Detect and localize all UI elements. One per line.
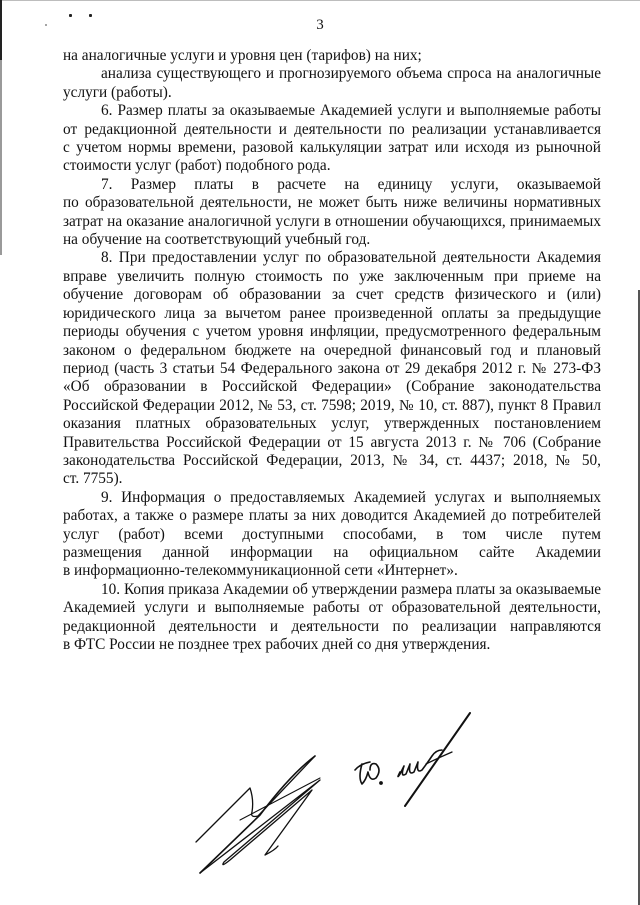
text-line: услуг (работ) всеми доступными способами… [63, 526, 601, 544]
text-line: размещения данной информации на официаль… [63, 544, 601, 562]
text-line: юридического лица за вычетом ранее произ… [63, 305, 601, 323]
text-line: период (часть 3 статьи 54 Федерального з… [63, 360, 601, 378]
document-page: 3 на аналогичные услуги и уровня цен (та… [0, 0, 640, 905]
text-line: периоды обучения с учетом уровня инфляци… [63, 323, 601, 341]
paragraph-item-8: 8. При предоставлении услуг по образоват… [63, 249, 601, 488]
text-line: Академией услуги и выполняемые работы от… [63, 599, 601, 617]
paragraph-item-9: 9. Информация о предоставляемых Академие… [63, 489, 601, 581]
paragraph-item-7: 7. Размер платы в расчете на единицу усл… [63, 176, 601, 250]
text-line: вправе увеличить полную стоимость по уже… [63, 268, 601, 286]
paragraph-continuation-2: анализа существующего и прогнозируемого … [63, 65, 601, 102]
text-line: затрат на оказание аналогичной услуги в … [63, 213, 601, 231]
text-line: «Об образовании в Российской Федерации» … [63, 378, 601, 396]
text-line: законом о федеральном бюджете на очередн… [63, 342, 601, 360]
text-line: 10. Копия приказа Академии об утверждени… [63, 581, 601, 599]
text-line: стоимости услуг (работ) подобного рода. [63, 157, 601, 175]
scan-edge-top [0, 0, 640, 1]
paragraph-item-10: 10. Копия приказа Академии об утверждени… [63, 581, 601, 655]
page-number: 3 [0, 16, 640, 34]
text-line: 6. Размер платы за оказываемые Академией… [63, 102, 601, 120]
handwritten-signature-icon [180, 690, 500, 905]
text-line: на аналогичные услуги и уровня цен (тари… [63, 47, 601, 65]
text-line: Правительства Российской Федерации от 15… [63, 434, 601, 452]
text-line: ст. 7755). [63, 470, 601, 488]
paragraph-item-6: 6. Размер платы за оказываемые Академией… [63, 102, 601, 176]
text-line: на обучение на соответствующий учебный г… [63, 231, 601, 249]
text-line: оказания платных образовательных услуг, … [63, 415, 601, 433]
text-line: в ФТС России не позднее трех рабочих дне… [63, 636, 601, 654]
text-line: анализа существующего и прогнозируемого … [63, 65, 601, 83]
text-line: в информационно-телекоммуникационной сет… [63, 562, 601, 580]
text-line: законодательства Российской Федерации, 2… [63, 452, 601, 470]
document-body: на аналогичные услуги и уровня цен (тари… [63, 47, 601, 654]
text-line: работах, а также о размере платы за них … [63, 507, 601, 525]
text-line: по образовательной деятельности, не може… [63, 194, 601, 212]
text-line: редакционной деятельности и деятельности… [63, 618, 601, 636]
text-line: 8. При предоставлении услуг по образоват… [63, 249, 601, 267]
text-line: услуги (работы). [63, 84, 601, 102]
text-line: Российской Федерации 2012, № 53, ст. 759… [63, 397, 601, 415]
text-line: 7. Размер платы в расчете на единицу усл… [63, 176, 601, 194]
text-line: от редакционной деятельности и деятельно… [63, 121, 601, 139]
text-line: 9. Информация о предоставляемых Академие… [63, 489, 601, 507]
text-line: с учетом нормы времени, разовой калькуля… [63, 139, 601, 157]
paragraph-continuation-1: на аналогичные услуги и уровня цен (тари… [63, 47, 601, 65]
text-line: обучение договорам об образовании за сче… [63, 286, 601, 304]
